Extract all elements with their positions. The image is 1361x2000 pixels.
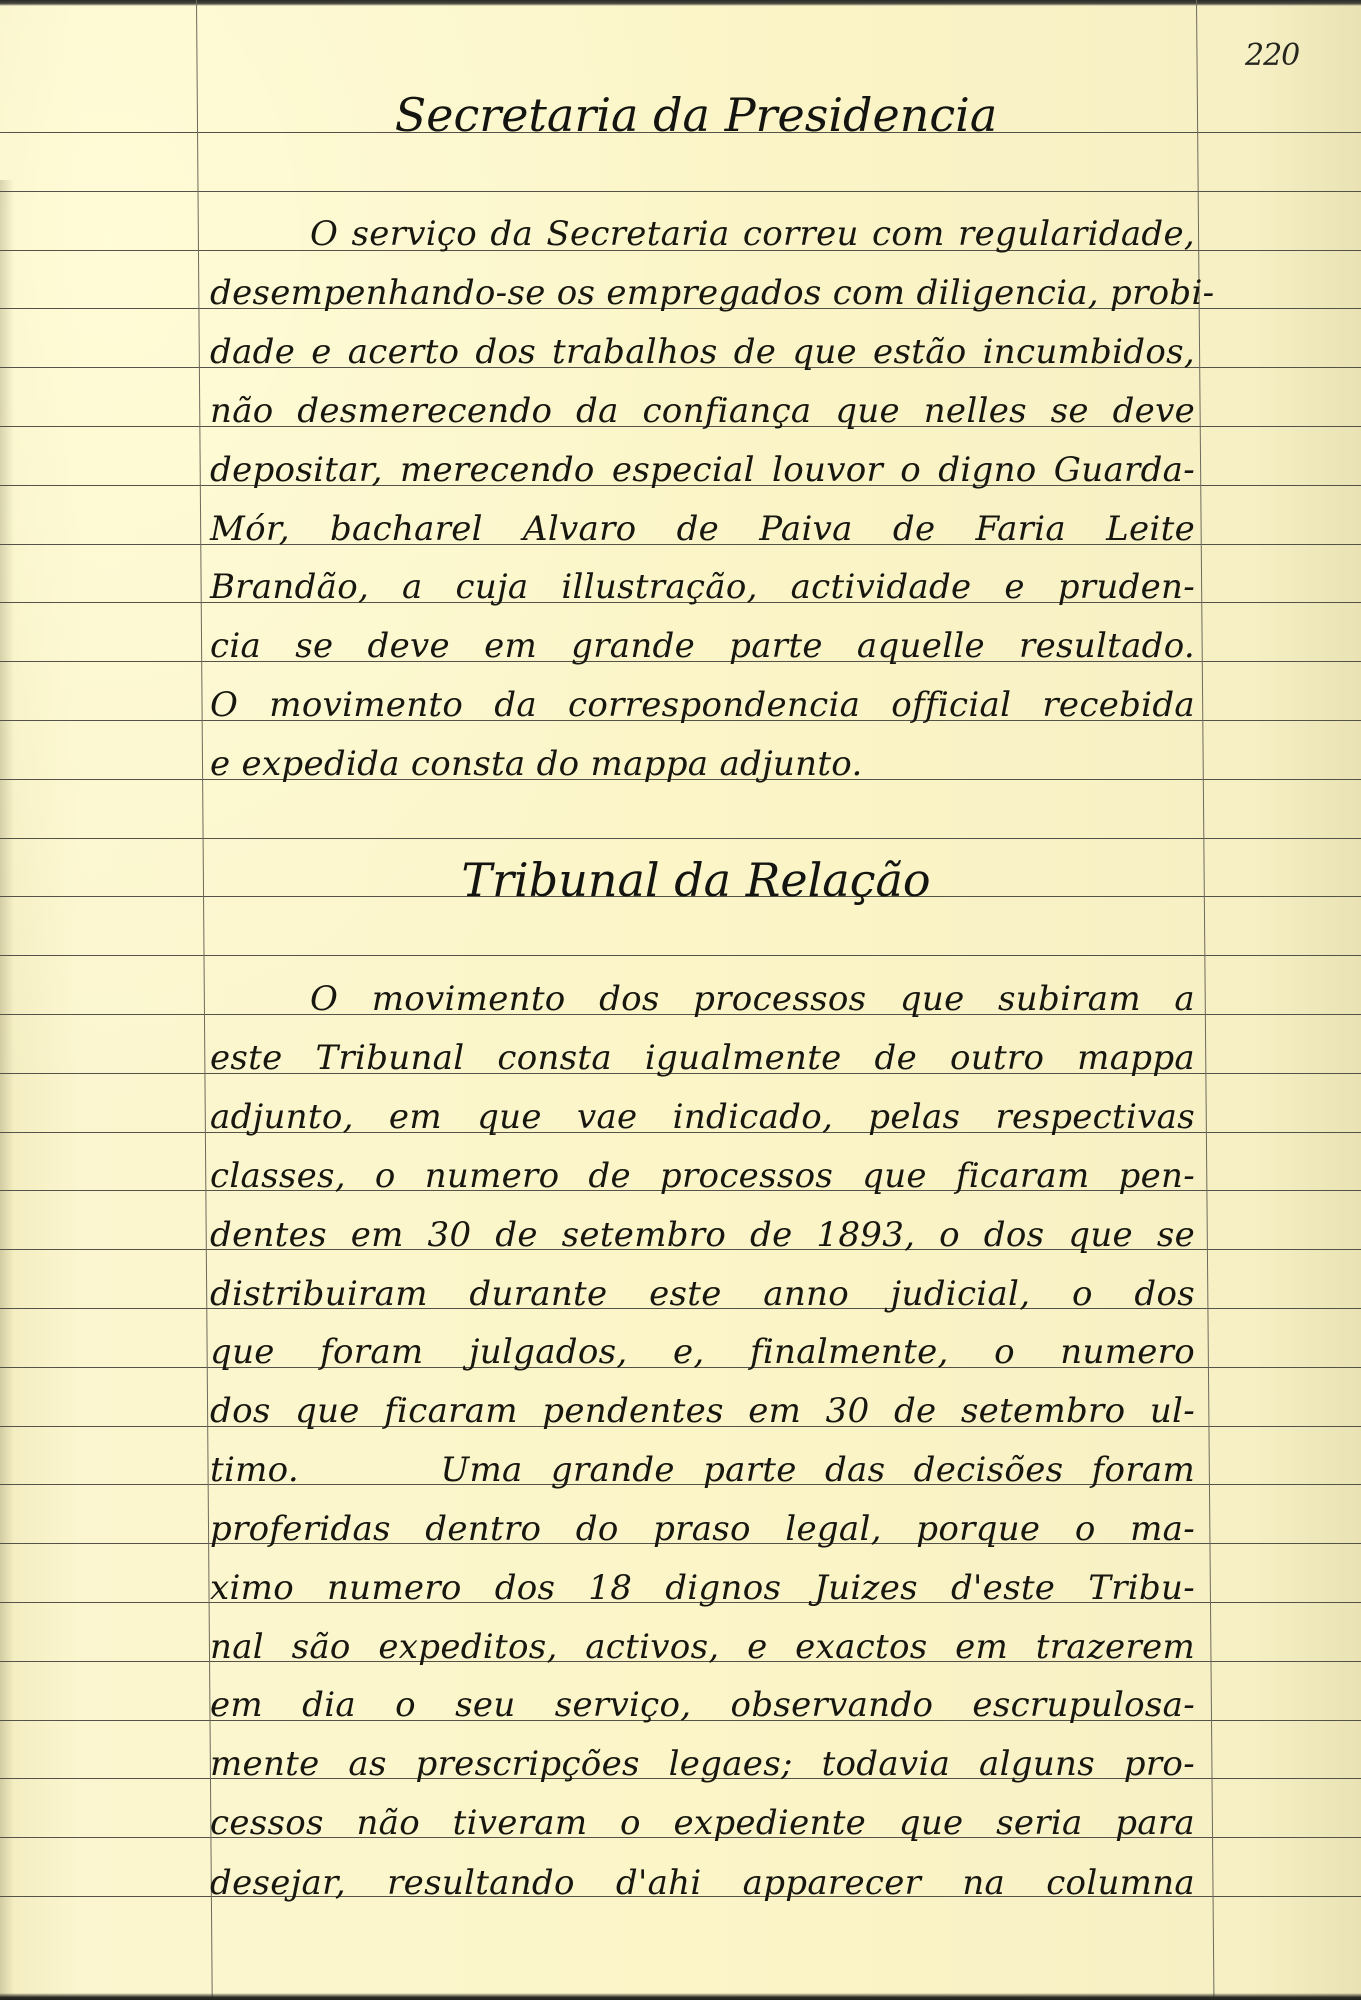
text-line: O movimento da correspondencia official … — [210, 688, 1195, 722]
text-line: mente as prescripções legaes; todavia al… — [210, 1747, 1195, 1781]
book-top-edge — [0, 0, 1361, 6]
text-line: que foram julgados, e, finalmente, o num… — [210, 1335, 1195, 1369]
text-line: não desmerecendo da confiança que nelles… — [210, 394, 1195, 428]
book-bottom-edge — [0, 1993, 1361, 2000]
text-line: distribuiram durante este anno judicial,… — [210, 1277, 1195, 1311]
text-line: este Tribunal consta igualmente de outro… — [210, 1041, 1195, 1075]
text-line: cessos não tiveram o expediente que seri… — [210, 1806, 1195, 1840]
text-line: dos que ficaram pendentes em 30 de setem… — [210, 1394, 1195, 1428]
text-line: Mór, bacharel Alvaro de Paiva de Faria L… — [210, 512, 1195, 546]
text-line: depositar, merecendo especial louvor o d… — [210, 453, 1195, 487]
text-line: e expedida consta do mappa adjunto. — [210, 747, 870, 781]
text-line: adjunto, em que vae indicado, pelas resp… — [210, 1100, 1195, 1134]
rule-line — [0, 838, 1361, 839]
text-line: dade e acerto dos trabalhos de que estão… — [210, 335, 1195, 369]
text-line: proferidas dentro do praso legal, porque… — [210, 1512, 1195, 1546]
text-line: O movimento dos processos que subiram a — [210, 982, 1195, 1016]
text-line: dentes em 30 de setembro de 1893, o dos … — [210, 1218, 1195, 1252]
text-line: cia se deve em grande parte aquelle resu… — [210, 629, 1195, 663]
ledger-page: 220 Secretaria da Presidencia O serviço … — [0, 0, 1361, 2000]
text-line: ximo numero dos 18 dignos Juizes d'este … — [210, 1571, 1195, 1605]
text-line: classes, o numero de processos que ficar… — [210, 1159, 1195, 1193]
section-heading-secretaria: Secretaria da Presidencia — [196, 92, 1196, 138]
text-line: em dia o seu serviço, observando escrupu… — [210, 1688, 1195, 1722]
text-line: timo. Uma grande parte das decisões fora… — [210, 1453, 1195, 1487]
text-line: desejar, resultando d'ahi apparecer na c… — [210, 1866, 1195, 1900]
text-line: nal são expeditos, activos, e exactos em… — [210, 1630, 1195, 1664]
book-binding-shadow — [0, 180, 14, 2000]
section-heading-tribunal: Tribunal da Relação — [196, 857, 1196, 903]
rule-line — [0, 191, 1361, 192]
text-line: desempenhando-se os empregados com dilig… — [210, 276, 1195, 310]
text-line: Brandão, a cuja illustração, actividade … — [210, 570, 1195, 604]
text-line: O serviço da Secretaria correu com regul… — [210, 217, 1195, 251]
page-number: 220 — [1245, 38, 1299, 73]
